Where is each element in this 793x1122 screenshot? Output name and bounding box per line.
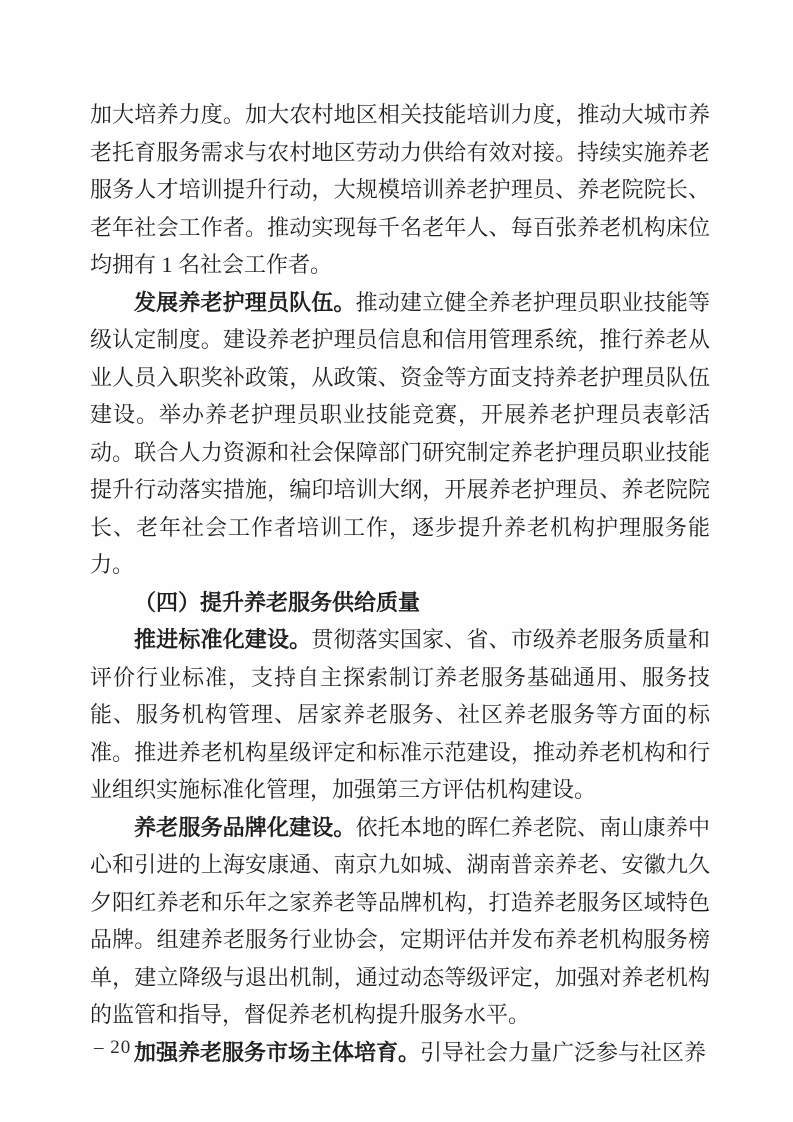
paragraph: 养老服务品牌化建设。依托本地的晖仁养老院、南山康养中心和引进的上海安康通、南京九… xyxy=(90,809,710,1034)
paragraph-text: 推动建立健全养老护理员职业技能等级认定制度。建设养老护理员信息和信用管理系统，推… xyxy=(90,290,710,578)
paragraph-lead: 推进标准化建设。 xyxy=(134,627,311,652)
paragraph-text: 加大培养力度。加大农村地区相关技能培训力度，推动大城市养老托育服务需求与农村地区… xyxy=(90,102,710,277)
document-page: 加大培养力度。加大农村地区相关技能培训力度，推动大城市养老托育服务需求与农村地区… xyxy=(0,0,793,1122)
paragraph-text: 贯彻落实国家、省、市级养老服务质量和评价行业标准，支持自主探索制订养老服务基础通… xyxy=(90,627,710,802)
paragraph: 发展养老护理员队伍。推动建立健全养老护理员职业技能等级认定制度。建设养老护理员信… xyxy=(90,284,710,584)
paragraph: 推进标准化建设。贯彻落实国家、省、市级养老服务质量和评价行业标准，支持自主探索制… xyxy=(90,621,710,809)
paragraph: 加强养老服务市场主体培育。引导社会力量广泛参与社区养 xyxy=(90,1034,710,1072)
paragraph: 加大培养力度。加大农村地区相关技能培训力度，推动大城市养老托育服务需求与农村地区… xyxy=(90,96,710,284)
paragraph-lead: 发展养老护理员队伍。 xyxy=(134,290,356,315)
paragraph-lead: 养老服务品牌化建设。 xyxy=(134,815,356,840)
paragraph-text: 依托本地的晖仁养老院、南山康养中心和引进的上海安康通、南京九如城、湖南普亲养老、… xyxy=(90,815,710,1028)
paragraph-text: 引导社会力量广泛参与社区养 xyxy=(420,1040,706,1065)
page-number: – 20 – xyxy=(94,1036,148,1060)
paragraph-lead: 加强养老服务市场主体培育。 xyxy=(134,1040,420,1065)
section-heading: （四）提升养老服务供给质量 xyxy=(90,584,710,622)
document-body: 加大培养力度。加大农村地区相关技能培训力度，推动大城市养老托育服务需求与农村地区… xyxy=(90,96,710,1071)
